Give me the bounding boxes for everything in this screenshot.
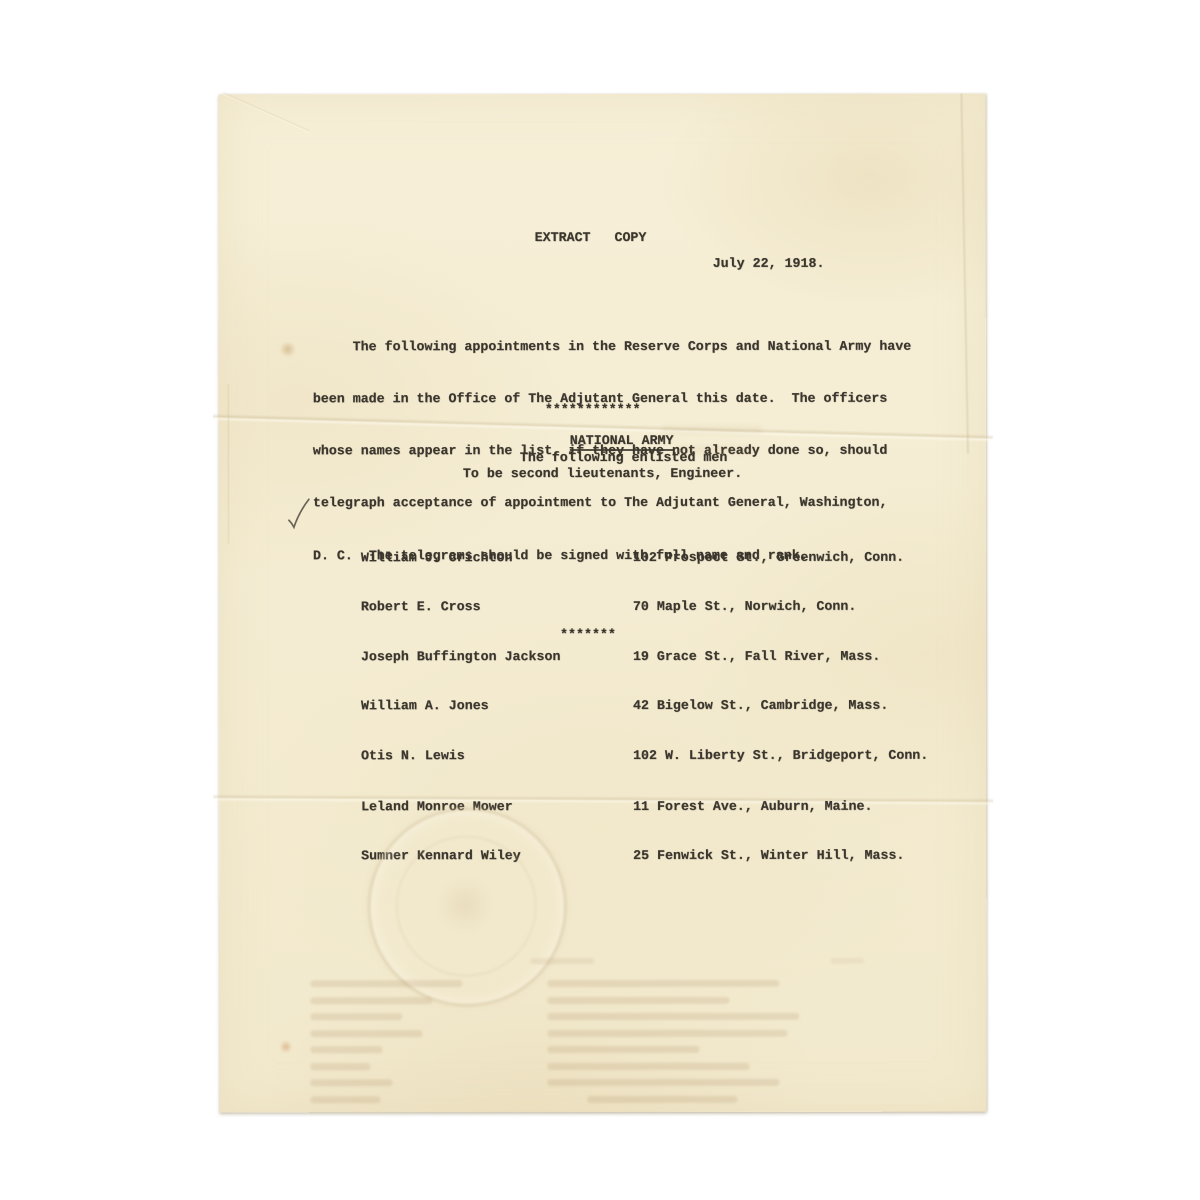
- embossed-seal: [368, 808, 566, 1006]
- bleedthrough-scribble-right: [830, 958, 864, 964]
- appointee-address: 19 Grace St., Fall River, Mass.: [633, 648, 880, 663]
- appointee-row: Robert E. Cross70 Maple St., Norwich, Co…: [313, 582, 928, 599]
- bleedthrough-line: [547, 1046, 699, 1053]
- appointee-row: Otis N. Lewis102 W. Liberty St., Bridgep…: [313, 731, 928, 748]
- bleedthrough-line: [310, 1063, 370, 1070]
- bleedthrough-line: [547, 1079, 779, 1086]
- bleedthrough-line: [587, 1095, 737, 1102]
- section-subline-2: To be second lieutenants, Engineer.: [463, 466, 742, 481]
- checkmark-pen-mark: [285, 496, 313, 532]
- crease-right-vertical: [959, 94, 970, 454]
- appointee-address: 102 W. Liberty St., Bridgeport, Conn.: [633, 747, 928, 762]
- bleedthrough-line: [310, 1030, 422, 1037]
- appointee-address: 70 Maple St., Norwich, Conn.: [633, 599, 856, 614]
- bleedthrough-line: [310, 980, 462, 987]
- bleedthrough-line: [547, 1029, 787, 1036]
- appointee-row: Joseph Buffington Jackson19 Grace St., F…: [313, 632, 928, 649]
- appointee-name: Otis N. Lewis: [361, 747, 633, 764]
- bleedthrough-column-right: [547, 980, 812, 1112]
- crease-top-left-diagonal: [222, 91, 310, 133]
- appointee-address: 42 Bigelow St., Cambridge, Mass.: [633, 698, 888, 713]
- separator-asterisks-top: ************: [545, 402, 641, 417]
- bleedthrough-line: [547, 980, 779, 987]
- bleedthrough-mark-heading-right-2: [677, 446, 755, 454]
- appointee-row: William J. Crichton102 Prospect St., Gre…: [313, 533, 928, 550]
- bleedthrough-line: [310, 1013, 402, 1020]
- appointee-name: Robert E. Cross: [361, 599, 633, 616]
- bleedthrough-line: [310, 1046, 382, 1053]
- bleedthrough-word: [530, 958, 594, 964]
- appointee-address: 102 Prospect St., Greenwich, Conn.: [633, 549, 904, 564]
- bleedthrough-line: [547, 1013, 799, 1020]
- appointee-name: William J. Crichton: [361, 549, 633, 566]
- date-line: July 22, 1918.: [713, 256, 825, 271]
- appointee-address: 11 Forest Ave., Auburn, Maine.: [633, 798, 872, 813]
- stain-spot-left: [279, 342, 297, 356]
- appointee-row: William A. Jones42 Bigelow St., Cambridg…: [313, 681, 928, 698]
- section-heading-text: NATIONAL ARMY: [570, 433, 674, 451]
- appointee-list: William J. Crichton102 Prospect St., Gre…: [313, 500, 928, 882]
- embossed-seal-center: [434, 874, 496, 936]
- separator-asterisks-bottom: *******: [560, 627, 616, 642]
- bleedthrough-line: [310, 1096, 380, 1103]
- appointee-row: Leland Monroe Mower11 Forest Ave., Aubur…: [313, 782, 928, 799]
- crease-left-vertical: [227, 384, 230, 544]
- appointee-name: Joseph Buffington Jackson: [361, 648, 633, 665]
- stain-spot-bottom-left: [279, 1040, 292, 1053]
- bleedthrough-line: [547, 1062, 749, 1069]
- intro-line-1: The following appointments in the Reserv…: [313, 338, 911, 356]
- document-title: EXTRACT COPY: [535, 230, 647, 245]
- bleedthrough-line: [310, 1079, 392, 1086]
- bleedthrough-column-left: [310, 980, 480, 1112]
- appointee-address: 25 Fenwick St., Winter Hill, Mass.: [633, 848, 904, 863]
- paper-sheet: EXTRACT COPY July 22, 1918. The followin…: [219, 94, 987, 1113]
- bleedthrough-mark-heading-right-1: [662, 426, 762, 434]
- appointee-name: William A. Jones: [361, 698, 633, 715]
- bleedthrough-line: [310, 997, 432, 1004]
- bleedthrough-line: [547, 996, 729, 1003]
